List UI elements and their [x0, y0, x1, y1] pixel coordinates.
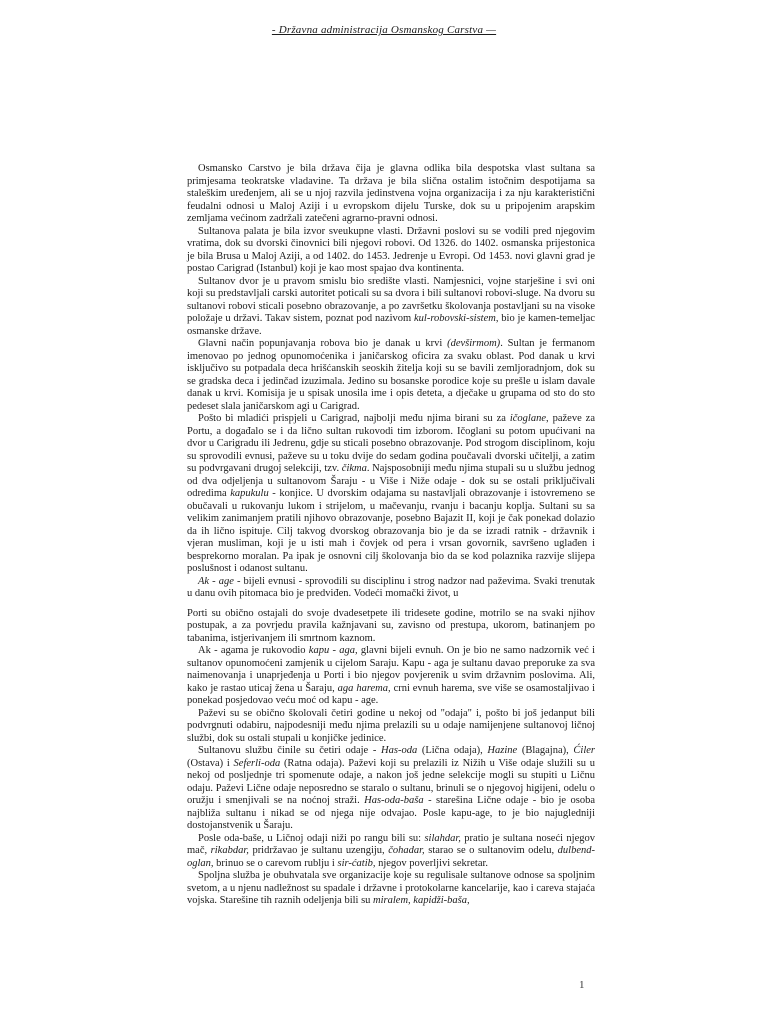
text-run: Sultanovu službu činile su četiri odaje … [198, 745, 381, 756]
paragraph: Osmansko Carstvo je bila država čija je … [187, 163, 595, 226]
italic-term: kul-robovski-sistem [414, 313, 496, 324]
paragraph: Porti su obično ostajali do svoje dvades… [187, 608, 595, 646]
paragraph: Ak - age - bijeli evnusi - sprovodili su… [187, 576, 595, 601]
page-number: 1 [579, 979, 585, 991]
text-run: Pošto bi mladići prispjeli u Carigrad, n… [198, 413, 510, 424]
text-run: Glavni način popunjavanja robova bio je … [198, 338, 447, 349]
paragraph: Pošto bi mladići prispjeli u Carigrad, n… [187, 413, 595, 576]
text-run: Ak - agama je rukovodio [198, 645, 309, 656]
document-body: Osmansko Carstvo je bila država čija je … [187, 163, 595, 908]
paragraph: Posle oda-baše, u Ličnoj odaji niži po r… [187, 833, 595, 871]
italic-term: čohadar, [388, 845, 424, 856]
text-run: (Blagajna), [517, 745, 573, 756]
italic-term: Hazine [487, 745, 517, 756]
italic-term: sir-ćatib, [337, 858, 375, 869]
text-run: Posle oda-baše, u Ličnoj odaji niži po r… [198, 833, 424, 844]
italic-term: Ćiler [573, 745, 595, 756]
text-run: Osmansko Carstvo je bila država čija je … [187, 163, 595, 224]
paragraph: Glavni način popunjavanja robova bio je … [187, 338, 595, 413]
text-run: njegov poverljivi sekretar. [375, 858, 488, 869]
paragraph: Paževi su se obično školovali četiri god… [187, 708, 595, 746]
italic-term: Seferli-oda [234, 758, 281, 769]
text-run: Paževi su se obično školovali četiri god… [187, 708, 595, 744]
italic-term: miralem, kapidži-baša, [373, 895, 470, 906]
italic-term: Has-oda [381, 745, 417, 756]
text-run: (Lična odaja), [417, 745, 487, 756]
paragraph: Sultanov dvor je u pravom smislu bio sre… [187, 276, 595, 339]
text-run: (Ostava) i [187, 758, 234, 769]
text-run: Porti su obično ostajali do svoje dvades… [187, 608, 595, 644]
italic-term: kapukulu [230, 488, 269, 499]
text-run: - konjice. U dvorskim odajama su nastavl… [187, 488, 595, 574]
italic-term: rikabdar, [211, 845, 249, 856]
paragraph: Sultanova palata je bila izvor sveukupne… [187, 226, 595, 276]
text-run: pridržavao je sultanu uzengiju, [249, 845, 388, 856]
italic-term: Has-oda-baša [364, 795, 424, 806]
text-run: - bijeli evnusi - sprovodili su discipli… [187, 576, 595, 600]
italic-term: ičoglane [510, 413, 546, 424]
italic-term: čikma [342, 463, 367, 474]
paragraph: Sultanovu službu činile su četiri odaje … [187, 745, 595, 833]
text-run: starao se o sultanovim odelu, [425, 845, 558, 856]
italic-term: silahdar, [424, 833, 460, 844]
paragraph: Spoljna služba je obuhvatala sve organiz… [187, 870, 595, 908]
document-page: - Državna administracija Osmanskog Carst… [0, 0, 768, 1024]
text-run: . Sultan je fermanom imenovao po jednog … [187, 338, 595, 412]
italic-term: Ak - age [198, 576, 234, 587]
paragraph: Ak - agama je rukovodio kapu - aga, glav… [187, 645, 595, 708]
italic-term: aga harema, [338, 683, 391, 694]
text-run: Sultanova palata je bila izvor sveukupne… [187, 226, 595, 275]
italic-term: (devširmom) [447, 338, 500, 349]
italic-term: kapu - aga, [309, 645, 358, 656]
document-title-header: - Državna administracija Osmanskog Carst… [0, 24, 768, 36]
text-run: brinuo se o carevom rublju i [214, 858, 338, 869]
